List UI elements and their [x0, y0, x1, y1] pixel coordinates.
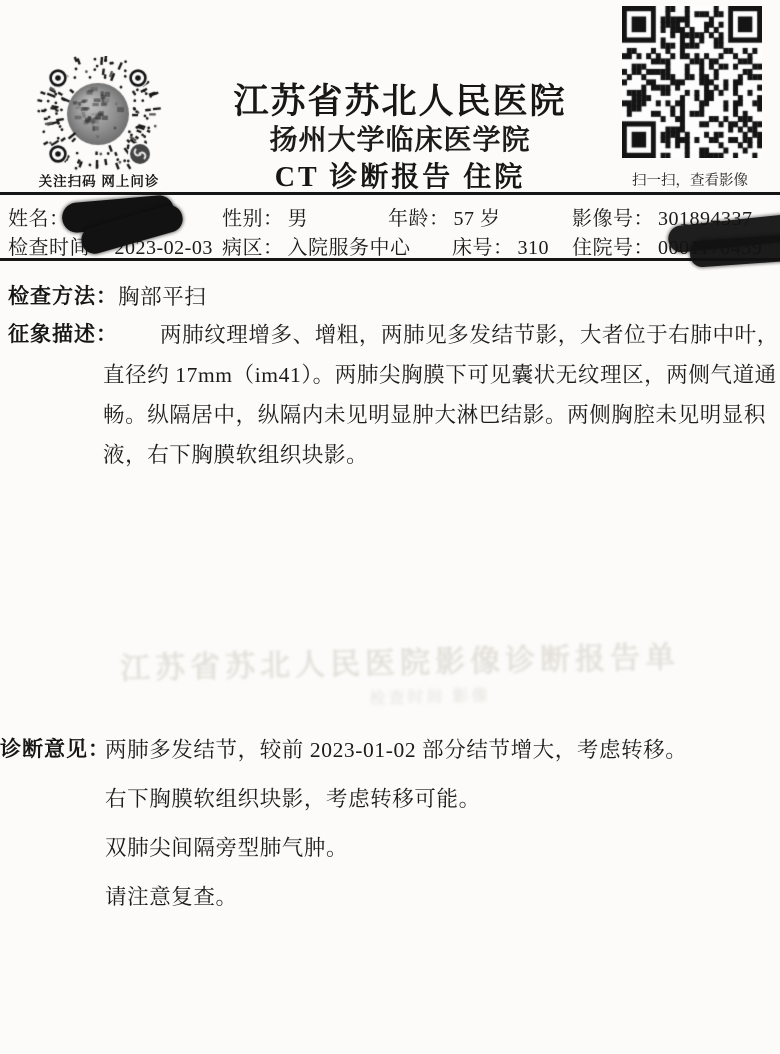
diagnosis-line-1: 两肺多发结节，较前 2023-01-02 部分结节增大，考虑转移。: [105, 733, 687, 764]
wechat-circular-qr-icon: [32, 56, 164, 172]
findings-line-3: 畅。纵隔居中，纵隔内未见明显肿大淋巴结影。两侧胸腔未见明显积: [103, 398, 766, 429]
ct-report-page: 关注扫码 网上问诊 江苏省苏北人民医院 扬州大学临床医学院 CT 诊断报告 住院…: [0, 0, 780, 1054]
method-value: 胸部平扫: [118, 280, 206, 311]
diagnosis-line-4: 请注意复查。: [105, 880, 238, 911]
age-value: 57 岁: [454, 208, 501, 230]
left-qr-caption: 关注扫码 网上问诊: [14, 170, 184, 190]
age-label: 年龄：: [388, 208, 450, 230]
bleed-through-watermark: 江苏省苏北人民医院影像诊断报告单: [120, 632, 681, 688]
findings-line-2: 直径约 17mm（im41）。两肺尖胸膜下可见囊状无纹理区，两侧气道通: [103, 358, 777, 389]
table-top-rule: [0, 192, 780, 195]
ward-label: 病区：: [222, 237, 284, 259]
field-sex: 性别：男: [222, 202, 308, 228]
sex-label: 性别：: [222, 208, 284, 230]
diagnosis-line-2: 右下胸膜软组织块影，考虑转移可能。: [105, 782, 481, 813]
diagnosis-label: 诊断意见：: [0, 733, 110, 763]
hospital-name: 江苏省苏北人民医院: [180, 74, 620, 124]
findings-label: 征象描述：: [8, 318, 118, 348]
sex-value: 男: [288, 208, 309, 230]
findings-line-1: 两肺纹理增多、增粗，两肺见多发结节影，大者位于右肺中叶，: [160, 318, 779, 349]
right-qr-caption: 扫一扫，查看影像: [600, 169, 780, 190]
findings-line-4: 液，右下胸膜软组织块影。: [103, 438, 368, 469]
imaging-qr-icon: [622, 6, 762, 158]
bed-value: 310: [518, 237, 550, 259]
ward-value: 入院服务中心: [288, 237, 411, 259]
report-title: CT 诊断报告 住院: [180, 155, 620, 195]
admission-no-label: 住院号：: [572, 237, 654, 259]
field-age: 年龄：57 岁: [388, 202, 501, 228]
diagnosis-line-3: 双肺尖间隔旁型肺气肿。: [105, 831, 348, 862]
college-name: 扬州大学临床医学院: [180, 118, 620, 158]
image-no-label: 影像号：: [572, 208, 654, 230]
method-label: 检查方法：: [8, 280, 118, 310]
field-ward: 病区：入院服务中心: [222, 231, 411, 257]
bed-label: 床号：: [452, 237, 514, 259]
name-label: 姓名：: [8, 208, 70, 230]
field-bed: 床号：310: [452, 231, 549, 257]
bleed-through-watermark-2: 检查时间 影像: [300, 681, 561, 711]
